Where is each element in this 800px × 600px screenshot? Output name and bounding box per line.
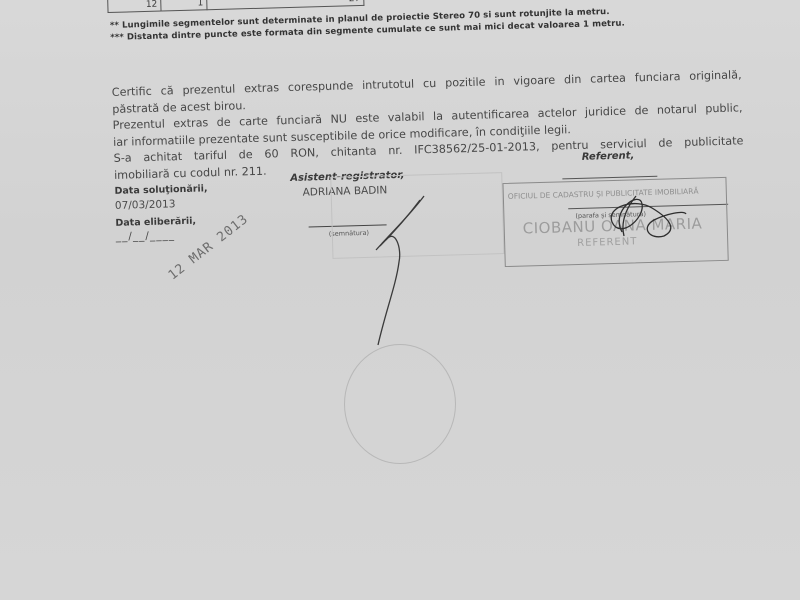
round-seal-icon — [344, 344, 456, 464]
scanned-document-page: 12 1 27 ** Lungimile segmentelor sunt de… — [0, 0, 800, 600]
referent-signature-icon — [611, 196, 686, 237]
assistant-signature-icon — [376, 196, 424, 345]
bleed-through-text — [120, 300, 123, 310]
